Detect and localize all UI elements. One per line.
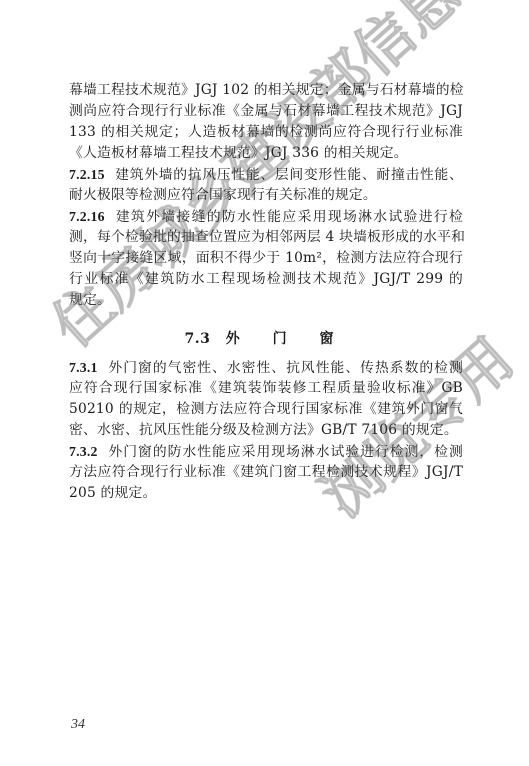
clause-number: 7.3.2 xyxy=(69,444,98,459)
text-line: 幕墙工程技术规范》JGJ 102 的相关规定；金属与石材幕墙的检 xyxy=(69,80,463,101)
text-line: 耐火极限等检测应符合国家现行有关标准的规定。 xyxy=(69,185,463,206)
text-line: 测尚应符合现行行业标准《金属与石材幕墙工程技术规范》JGJ xyxy=(69,101,463,122)
clause-number: 7.2.15 xyxy=(69,167,105,182)
text-line: 外门窗的气密性、水密性、抗风性能、传热系数的检测 xyxy=(108,360,463,376)
text-line: 205 的规定。 xyxy=(69,483,463,504)
text-line: 50210 的规定，检测方法应符合现行国家标准《建筑外门窗气 xyxy=(69,399,463,420)
text-line: 应符合现行国家标准《建筑装饰装修工程质量验收标准》GB xyxy=(69,378,463,399)
paragraph-continuation: 幕墙工程技术规范》JGJ 102 的相关规定；金属与石材幕墙的检 测尚应符合现行… xyxy=(69,80,463,164)
section-title: 外 门 窗 xyxy=(226,331,348,347)
page-content: 幕墙工程技术规范》JGJ 102 的相关规定；金属与石材幕墙的检 测尚应符合现行… xyxy=(69,80,463,504)
text-line: 竖向十字接缝区域，面积不得少于 10m²，检测方法应符合现行 xyxy=(69,248,463,269)
text-line: 行业标准《建筑防水工程现场检测技术规范》JGJ/T 299 的 xyxy=(69,269,463,290)
clause-number: 7.3.1 xyxy=(69,360,98,375)
text-line: 规定。 xyxy=(69,290,463,311)
text-line: 133 的相关规定；人造板材幕墙的检测尚应符合现行行业标准 xyxy=(69,122,463,143)
clause-number: 7.2.16 xyxy=(69,209,105,224)
text-line: 《人造板材幕墙工程技术规范》JGJ 336 的相关规定。 xyxy=(69,143,463,164)
page-number: 34 xyxy=(71,717,85,733)
text-line: 建筑外墙的抗风压性能、层间变形性能、耐撞击性能、 xyxy=(115,167,463,183)
clause-7-2-15: 7.2.15建筑外墙的抗风压性能、层间变形性能、耐撞击性能、 耐火极限等检测应符… xyxy=(69,164,463,206)
text-line: 测，每个检验批的抽查位置应为相邻两层 4 块墙板形成的水平和 xyxy=(69,227,463,248)
section-heading: 7.3 外 门 窗 xyxy=(69,329,463,350)
clause-7-2-16: 7.2.16建筑外墙接缝的防水性能应采用现场淋水试验进行检 测，每个检验批的抽查… xyxy=(69,206,463,311)
text-line: 建筑外墙接缝的防水性能应采用现场淋水试验进行检 xyxy=(115,209,463,225)
clause-7-3-2: 7.3.2外门窗的防水性能应采用现场淋水试验进行检测，检测 方法应符合现行行业标… xyxy=(69,441,463,504)
clause-7-3-1: 7.3.1外门窗的气密性、水密性、抗风性能、传热系数的检测 应符合现行国家标准《… xyxy=(69,357,463,441)
text-line: 密、水密、抗风压性能分级及检测方法》GB/T 7106 的规定。 xyxy=(69,420,463,441)
text-line: 方法应符合现行行业标准《建筑门窗工程检测技术规程》JGJ/T xyxy=(69,462,463,483)
section-number: 7.3 xyxy=(185,331,211,347)
document-page: 幕墙工程技术规范》JGJ 102 的相关规定；金属与石材幕墙的检 测尚应符合现行… xyxy=(0,0,529,766)
text-line: 外门窗的防水性能应采用现场淋水试验进行检测，检测 xyxy=(108,444,463,460)
